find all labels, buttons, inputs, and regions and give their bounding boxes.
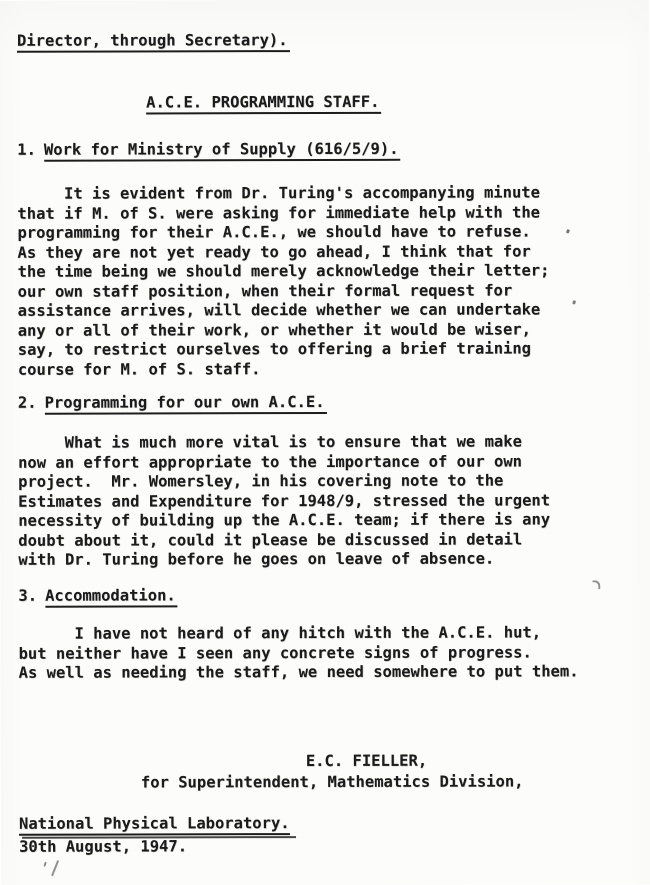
section-3-heading: 3.Accommodation. bbox=[18, 586, 177, 604]
recipient-line: Director, through Secretary). bbox=[17, 31, 290, 50]
recipient-line-text: Director, through Secretary). bbox=[17, 31, 290, 53]
scan-speck-2 bbox=[572, 300, 576, 305]
section-1-number: 1. bbox=[17, 141, 36, 159]
scan-speck-1 bbox=[566, 229, 570, 234]
scan-mark-curl bbox=[592, 580, 600, 589]
pencil-mark bbox=[51, 860, 59, 877]
section-3-number: 3. bbox=[18, 587, 37, 605]
section-2-body: What is much more vital is to ensure tha… bbox=[18, 432, 550, 570]
document-date: 30th August, 1947. bbox=[19, 837, 187, 855]
section-3-heading-text: Accommodation. bbox=[45, 586, 178, 607]
page-title: A.C.E. PROGRAMMING STAFF. bbox=[146, 93, 381, 112]
page-title-text: A.C.E. PROGRAMMING STAFF. bbox=[146, 93, 381, 115]
section-1-body: It is evident from Dr. Turing's accompan… bbox=[17, 183, 549, 379]
signature-name: E.C. FIELLER, bbox=[306, 752, 427, 770]
section-2-heading-text: Programming for our own A.C.E. bbox=[45, 393, 327, 415]
pencil-tick bbox=[43, 862, 46, 867]
section-1-heading-text: Work for Ministry of Supply (616/5/9). bbox=[44, 140, 401, 162]
section-2-number: 2. bbox=[18, 394, 37, 412]
organization-name: National Physical Laboratory. bbox=[19, 814, 290, 836]
section-2-heading: 2.Programming for our own A.C.E. bbox=[18, 393, 327, 412]
section-3-body: I have not heard of any hitch with the A… bbox=[18, 623, 578, 683]
document-page: Director, through Secretary). A.C.E. PRO… bbox=[0, 0, 650, 885]
organization-line: National Physical Laboratory. bbox=[19, 814, 290, 833]
section-1-heading: 1.Work for Ministry of Supply (616/5/9). bbox=[17, 140, 400, 159]
signature-role: for Superintendent, Mathematics Division… bbox=[141, 772, 524, 791]
